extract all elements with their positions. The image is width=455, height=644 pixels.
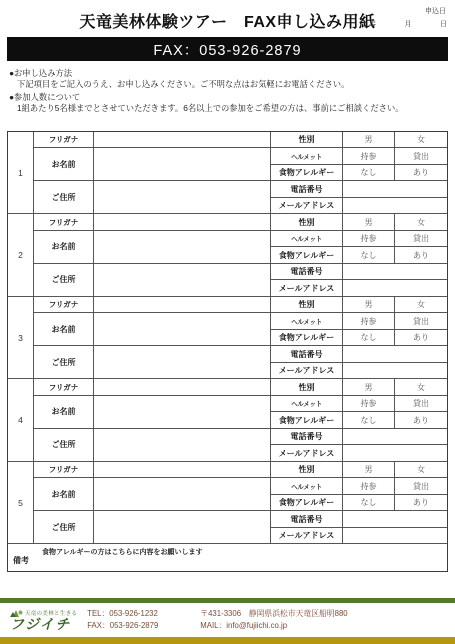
name-field	[94, 313, 271, 346]
email-field	[343, 363, 447, 380]
participant-block: 4 フリガナ 性別 男 女 お名前 ヘルメット 持参 貸出 食物アレルギー なし…	[8, 379, 447, 462]
participant-block: 1 フリガナ 性別 男 女 お名前 ヘルメット 持参 貸出 食物アレルギー なし…	[8, 132, 447, 215]
name-field	[94, 396, 271, 429]
month-label: 月	[405, 19, 412, 29]
email-label: メールアドレス	[271, 528, 343, 545]
remarks-row: 備考 食物アレルギーの方はこちらに内容をお願いします	[8, 544, 447, 571]
participant-number: 3	[8, 297, 34, 380]
furigana-label: フリガナ	[34, 379, 94, 396]
address-label: ご住所	[34, 429, 94, 462]
application-date-block: 申込日 年 月 日	[368, 6, 448, 29]
allergy-yes-option: あり	[395, 247, 447, 264]
gender-label: 性別	[271, 379, 343, 396]
footer-postal-address: 〒431-3306 静岡県浜松市天竜区船明880	[200, 608, 347, 620]
helmet-rent-option: 貸出	[395, 478, 447, 495]
allergy-yes-option: あり	[395, 165, 447, 182]
helmet-bring-option: 持参	[343, 313, 395, 330]
address-field	[94, 346, 271, 379]
helmet-bring-option: 持参	[343, 396, 395, 413]
address-label: ご住所	[34, 181, 94, 214]
email-label: メールアドレス	[271, 363, 343, 380]
footer-gold-divider	[0, 637, 455, 644]
gender-male-option: 男	[343, 214, 395, 231]
fax-number-banner: FAX：053-926-2879	[7, 37, 448, 61]
participant-number: 2	[8, 214, 34, 297]
gender-male-option: 男	[343, 379, 395, 396]
footer-tel-fax: TEL：053-926-1232 FAX：053-926-2879	[87, 608, 158, 632]
food-allergy-label: 食物アレルギー	[271, 412, 343, 429]
phone-label: 電話番号	[271, 429, 343, 446]
how-to-apply-text: 下記項目をご記入のうえ、お申し込みください。ご不明な点はお気軽にお電話ください。	[9, 79, 448, 90]
food-allergy-label: 食物アレルギー	[271, 330, 343, 347]
phone-field	[343, 346, 447, 363]
gender-label: 性別	[271, 297, 343, 314]
registration-table: 1 フリガナ 性別 男 女 お名前 ヘルメット 持参 貸出 食物アレルギー なし…	[7, 131, 448, 573]
remarks-note: 食物アレルギーの方はこちらに内容をお願いします	[34, 544, 203, 571]
address-field	[94, 429, 271, 462]
address-field	[94, 181, 271, 214]
helmet-label: ヘルメット	[271, 313, 343, 330]
remarks-label: 備考	[8, 544, 34, 571]
furigana-field	[94, 462, 271, 479]
email-label: メールアドレス	[271, 198, 343, 215]
gender-male-option: 男	[343, 462, 395, 479]
helmet-rent-option: 貸出	[395, 313, 447, 330]
address-field	[94, 511, 271, 544]
allergy-none-option: なし	[343, 495, 395, 512]
participant-block: 3 フリガナ 性別 男 女 お名前 ヘルメット 持参 貸出 食物アレルギー なし…	[8, 297, 447, 380]
gender-male-option: 男	[343, 297, 395, 314]
year-month-day-row: 年 月 日	[368, 19, 448, 29]
helmet-rent-option: 貸出	[395, 396, 447, 413]
instructions: ●お申し込み方法 下記項目をご記入のうえ、お申し込みください。ご不明な点はお気軽…	[9, 68, 448, 115]
phone-label: 電話番号	[271, 346, 343, 363]
phone-label: 電話番号	[271, 264, 343, 281]
food-allergy-label: 食物アレルギー	[271, 247, 343, 264]
address-field	[94, 264, 271, 297]
participant-count-text: 1組あたり5名様までとさせていただきます。6名以上での参加をご希望の方は、事前に…	[9, 103, 448, 114]
allergy-yes-option: あり	[395, 412, 447, 429]
day-label: 日	[440, 19, 447, 29]
address-label: ご住所	[34, 264, 94, 297]
name-field	[94, 231, 271, 264]
name-label: お名前	[34, 478, 94, 511]
participant-count-heading: ●参加人数について	[9, 92, 448, 103]
helmet-bring-option: 持参	[343, 231, 395, 248]
address-label: ご住所	[34, 346, 94, 379]
helmet-bring-option: 持参	[343, 148, 395, 165]
footer-mail: MAIL：info@fujiichi.co.jp	[200, 620, 347, 632]
phone-field	[343, 511, 447, 528]
footer-content: 天竜の美林と生きる フジイチ TEL：053-926-1232 FAX：053-…	[0, 603, 455, 637]
phone-field	[343, 264, 447, 281]
furigana-label: フリガナ	[34, 297, 94, 314]
helmet-label: ヘルメット	[271, 231, 343, 248]
phone-field	[343, 181, 447, 198]
allergy-yes-option: あり	[395, 330, 447, 347]
helmet-rent-option: 貸出	[395, 148, 447, 165]
helmet-bring-option: 持参	[343, 478, 395, 495]
furigana-field	[94, 297, 271, 314]
furigana-field	[94, 214, 271, 231]
email-field	[343, 528, 447, 545]
allergy-yes-option: あり	[395, 495, 447, 512]
email-field	[343, 445, 447, 462]
furigana-field	[94, 132, 271, 149]
name-field	[94, 478, 271, 511]
allergy-none-option: なし	[343, 247, 395, 264]
gender-female-option: 女	[395, 297, 447, 314]
name-label: お名前	[34, 148, 94, 181]
name-label: お名前	[34, 231, 94, 264]
gender-label: 性別	[271, 214, 343, 231]
footer-address-mail: 〒431-3306 静岡県浜松市天竜区船明880 MAIL：info@fujii…	[200, 608, 347, 632]
helmet-label: ヘルメット	[271, 396, 343, 413]
name-field	[94, 148, 271, 181]
fax-application-form: 天竜美林体験ツアー FAX申し込み用紙 申込日 年 月 日 FAX：053-92…	[0, 0, 455, 644]
gender-label: 性別	[271, 132, 343, 149]
food-allergy-label: 食物アレルギー	[271, 165, 343, 182]
phone-field	[343, 429, 447, 446]
footer-fax: FAX：053-926-2879	[87, 620, 158, 632]
email-label: メールアドレス	[271, 445, 343, 462]
name-label: お名前	[34, 313, 94, 346]
company-footer: 天竜の美林と生きる フジイチ TEL：053-926-1232 FAX：053-…	[0, 598, 455, 644]
form-header: 天竜美林体験ツアー FAX申し込み用紙 申込日 年 月 日	[0, 0, 455, 32]
participant-block: 5 フリガナ 性別 男 女 お名前 ヘルメット 持参 貸出 食物アレルギー なし…	[8, 462, 447, 545]
participant-block: 2 フリガナ 性別 男 女 お名前 ヘルメット 持参 貸出 食物アレルギー なし…	[8, 214, 447, 297]
allergy-none-option: なし	[343, 330, 395, 347]
furigana-label: フリガナ	[34, 132, 94, 149]
apply-date-label: 申込日	[368, 6, 448, 16]
allergy-none-option: なし	[343, 412, 395, 429]
participant-number: 1	[8, 132, 34, 215]
gender-female-option: 女	[395, 379, 447, 396]
gender-female-option: 女	[395, 214, 447, 231]
allergy-none-option: なし	[343, 165, 395, 182]
furigana-label: フリガナ	[34, 462, 94, 479]
gender-female-option: 女	[395, 132, 447, 149]
logo-company-name: フジイチ	[10, 617, 77, 631]
participant-number: 4	[8, 379, 34, 462]
address-label: ご住所	[34, 511, 94, 544]
helmet-label: ヘルメット	[271, 148, 343, 165]
participant-number: 5	[8, 462, 34, 545]
email-field	[343, 198, 447, 215]
gender-male-option: 男	[343, 132, 395, 149]
food-allergy-label: 食物アレルギー	[271, 495, 343, 512]
email-label: メールアドレス	[271, 280, 343, 297]
helmet-label: ヘルメット	[271, 478, 343, 495]
how-to-apply-heading: ●お申し込み方法	[9, 68, 448, 79]
email-field	[343, 280, 447, 297]
gender-female-option: 女	[395, 462, 447, 479]
phone-label: 電話番号	[271, 511, 343, 528]
year-label: 年	[369, 19, 376, 29]
name-label: お名前	[34, 396, 94, 429]
gender-label: 性別	[271, 462, 343, 479]
furigana-field	[94, 379, 271, 396]
helmet-rent-option: 貸出	[395, 231, 447, 248]
furigana-label: フリガナ	[34, 214, 94, 231]
phone-label: 電話番号	[271, 181, 343, 198]
company-logo: 天竜の美林と生きる フジイチ	[10, 609, 77, 631]
footer-tel: TEL：053-926-1232	[87, 608, 158, 620]
